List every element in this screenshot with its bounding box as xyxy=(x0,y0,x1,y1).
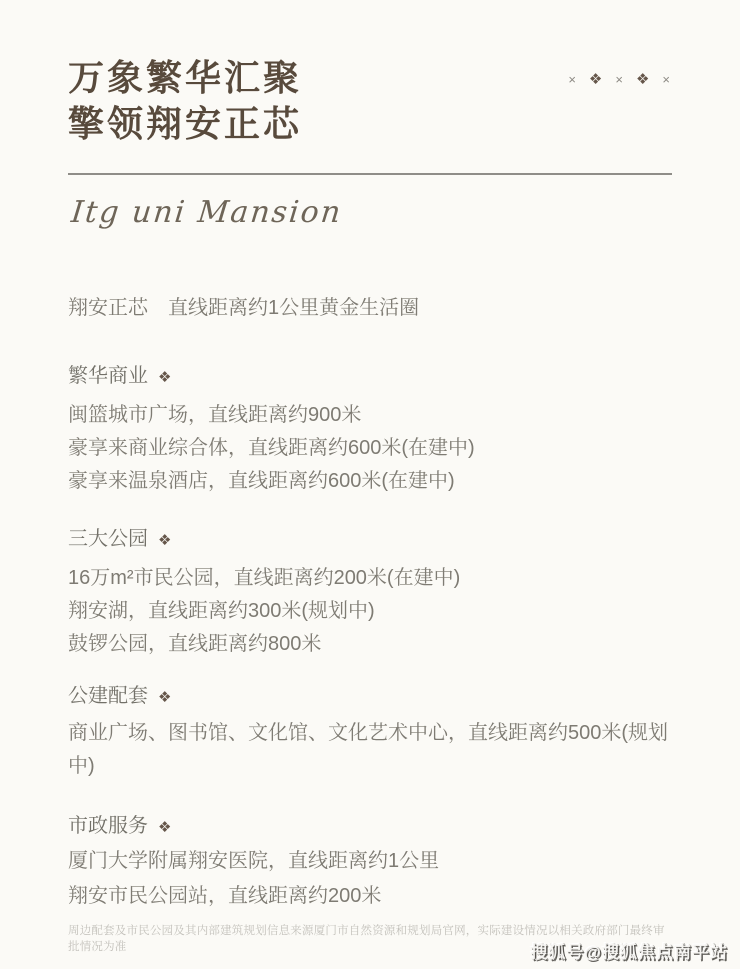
diamond-cluster-icon: ❖ xyxy=(158,820,171,835)
section-parks: 三大公园 ❖ 16万m²市民公园，直线距离约200米(在建中) 翔安湖，直线距离… xyxy=(68,526,672,661)
cross-icon: × xyxy=(568,73,576,86)
section-public-facilities: 公建配套 ❖ 商业广场、图书馆、文化馆、文化艺术中心，直线距离约500米(规划中… xyxy=(68,683,672,783)
list-item: 鼓锣公园，直线距离约800米 xyxy=(68,628,672,661)
section-commerce: 繁华商业 ❖ 闽篮城市广场，直线距离约900米 豪享来商业综合体，直线距离约60… xyxy=(68,363,672,498)
section-heading-label: 公建配套 xyxy=(68,683,148,709)
script-logo: Itg uni Mansion xyxy=(68,195,677,245)
section-heading: 三大公园 ❖ xyxy=(68,526,672,552)
section-heading-label: 繁华商业 xyxy=(68,363,148,389)
section-heading: 公建配套 ❖ xyxy=(68,683,672,709)
list-item: 翔安湖，直线距离约300米(规划中) xyxy=(68,595,672,628)
section-municipal-services: 市政服务 ❖ 厦门大学附属翔安医院，直线距离约1公里 翔安市民公园站，直线距离约… xyxy=(68,813,672,913)
section-heading-label: 市政服务 xyxy=(68,813,148,839)
list-item: 豪享来温泉酒店，直线距离约600米(在建中) xyxy=(68,465,672,498)
diamond-cluster-icon: ❖ xyxy=(589,72,602,87)
section-heading: 繁华商业 ❖ xyxy=(68,363,672,389)
watermark: 搜狐号@搜狐焦点南平站 xyxy=(530,938,728,963)
list-item: 商业广场、图书馆、文化馆、文化艺术中心，直线距离约500米(规划中) xyxy=(68,717,672,783)
page-title-line2: 擎领翔安正芯 xyxy=(68,101,672,147)
section-items: 商业广场、图书馆、文化馆、文化艺术中心，直线距离约500米(规划中) xyxy=(68,717,672,783)
list-item: 闽篮城市广场，直线距离约900米 xyxy=(68,399,672,432)
section-items: 闽篮城市广场，直线距离约900米 豪享来商业综合体，直线距离约600米(在建中)… xyxy=(68,399,672,498)
list-item: 厦门大学附属翔安医院，直线距离约1公里 xyxy=(68,845,672,878)
page: × ❖ × ❖ × 万象繁华汇聚 擎领翔安正芯 Itg uni Mansion … xyxy=(0,0,740,969)
divider xyxy=(68,173,672,175)
section-items: 16万m²市民公园，直线距离约200米(在建中) 翔安湖，直线距离约300米(规… xyxy=(68,562,672,661)
cross-icon: × xyxy=(662,73,670,86)
diamond-cluster-icon: ❖ xyxy=(636,72,649,87)
list-item: 豪享来商业综合体，直线距离约600米(在建中) xyxy=(68,432,672,465)
decorative-ornament-row: × ❖ × ❖ × xyxy=(568,72,670,87)
diamond-cluster-icon: ❖ xyxy=(158,690,171,705)
diamond-cluster-icon: ❖ xyxy=(158,370,171,385)
section-items: 厦门大学附属翔安医院，直线距离约1公里 翔安市民公园站，直线距离约200米 xyxy=(68,845,672,913)
cross-icon: × xyxy=(615,73,623,86)
section-heading: 市政服务 ❖ xyxy=(68,813,672,839)
intro-line: 翔安正芯 直线距离约1公里黄金生活圈 xyxy=(68,295,672,321)
list-item: 翔安市民公园站，直线距离约200米 xyxy=(68,880,672,913)
diamond-cluster-icon: ❖ xyxy=(158,533,171,548)
list-item: 16万m²市民公园，直线距离约200米(在建中) xyxy=(68,562,672,595)
section-heading-label: 三大公园 xyxy=(68,526,148,552)
page-title: 万象繁华汇聚 擎领翔安正芯 xyxy=(68,55,672,147)
